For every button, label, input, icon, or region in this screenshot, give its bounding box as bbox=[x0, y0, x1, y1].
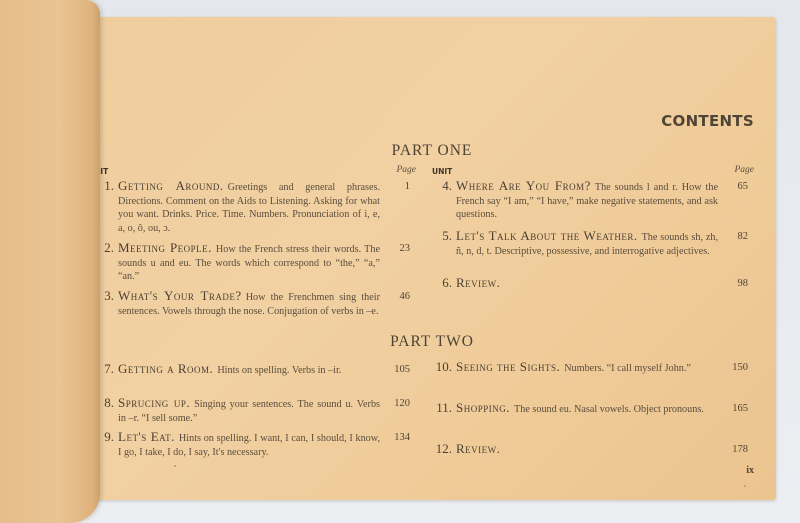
page-title: CONTENTS bbox=[661, 112, 754, 130]
toc-entry-6[interactable]: 6. Review. 98 bbox=[432, 276, 754, 292]
unit-title: Review. bbox=[456, 275, 500, 290]
unit-number: 10. bbox=[432, 360, 452, 374]
page-number: 65 bbox=[738, 180, 749, 194]
toc-entry-12[interactable]: 12. Review. 178 bbox=[432, 442, 754, 458]
unit-title: Getting Around. bbox=[118, 178, 224, 193]
unit-title: Review. bbox=[456, 441, 500, 456]
toc-entry-8[interactable]: 8. Sprucing up.Singing your sentences. T… bbox=[94, 396, 416, 425]
page-number: 23 bbox=[400, 242, 411, 256]
page-number: 105 bbox=[394, 363, 410, 377]
unit-title: Meeting People. bbox=[118, 240, 212, 255]
toc-entry-4[interactable]: 4. Where Are You From?The sounds l and r… bbox=[432, 179, 754, 222]
unit-number: 12. bbox=[432, 442, 452, 456]
unit-description: The sound eu. Nasal vowels. Object prono… bbox=[514, 404, 704, 415]
page-number: 82 bbox=[738, 230, 749, 244]
part-one-heading: PART ONE bbox=[88, 142, 776, 160]
unit-title: Seeing the Sights. bbox=[456, 359, 560, 374]
toc-entry-9[interactable]: 9. Let's Eat.Hints on spelling. I want, … bbox=[94, 430, 416, 459]
unit-title: Getting a Room. bbox=[118, 361, 213, 376]
unit-number: 11. bbox=[432, 401, 452, 415]
toc-entry-10[interactable]: 10. Seeing the Sights.Numbers. “I call m… bbox=[432, 360, 754, 376]
toc-entry-5[interactable]: 5. Let's Talk About the Weather.The soun… bbox=[432, 229, 754, 258]
page-number: 120 bbox=[394, 397, 410, 411]
part-two-heading: PART TWO bbox=[88, 333, 776, 351]
unit-title: Sprucing up. bbox=[118, 395, 190, 410]
page-number: 134 bbox=[394, 431, 410, 445]
unit-description: Numbers. “I call myself John.” bbox=[564, 363, 691, 374]
page-number: 46 bbox=[400, 290, 411, 304]
unit-title: Where Are You From? bbox=[456, 178, 591, 193]
page-number: 1 bbox=[405, 180, 410, 194]
unit-number: 5. bbox=[432, 229, 452, 243]
page-label: Page bbox=[734, 165, 754, 175]
unit-title: Let's Eat. bbox=[118, 429, 175, 444]
unit-number: 4. bbox=[432, 179, 452, 193]
roman-page-number: ix bbox=[746, 465, 754, 476]
unit-title: Let's Talk About the Weather. bbox=[456, 228, 638, 243]
left-page-edge bbox=[0, 0, 100, 523]
unit-title: Shopping. bbox=[456, 400, 510, 415]
contents-page: CONTENTS PART ONE NIT Page UNIT Page 1. … bbox=[88, 17, 776, 500]
page-number: 150 bbox=[732, 361, 748, 375]
page-label: Page bbox=[396, 165, 416, 175]
toc-entry-2[interactable]: 2. Meeting People.How the French stress … bbox=[94, 241, 416, 284]
unit-description: Hints on spelling. Verbs in –ir. bbox=[217, 365, 341, 376]
paper-speck bbox=[174, 465, 176, 467]
paper-speck bbox=[744, 485, 746, 487]
unit-label: UNIT bbox=[432, 167, 452, 176]
toc-entry-11[interactable]: 11. Shopping.The sound eu. Nasal vowels.… bbox=[432, 401, 754, 417]
page-number: 98 bbox=[738, 277, 749, 291]
toc-entry-7[interactable]: 7. Getting a Room.Hints on spelling. Ver… bbox=[94, 362, 416, 378]
toc-entry-3[interactable]: 3. What's Your Trade?How the Frenchmen s… bbox=[94, 289, 416, 318]
unit-number: 6. bbox=[432, 276, 452, 290]
unit-title: What's Your Trade? bbox=[118, 288, 242, 303]
page-number: 178 bbox=[732, 443, 748, 457]
toc-entry-1[interactable]: 1. Getting Around.Greetings and general … bbox=[94, 179, 416, 235]
page-number: 165 bbox=[732, 402, 748, 416]
